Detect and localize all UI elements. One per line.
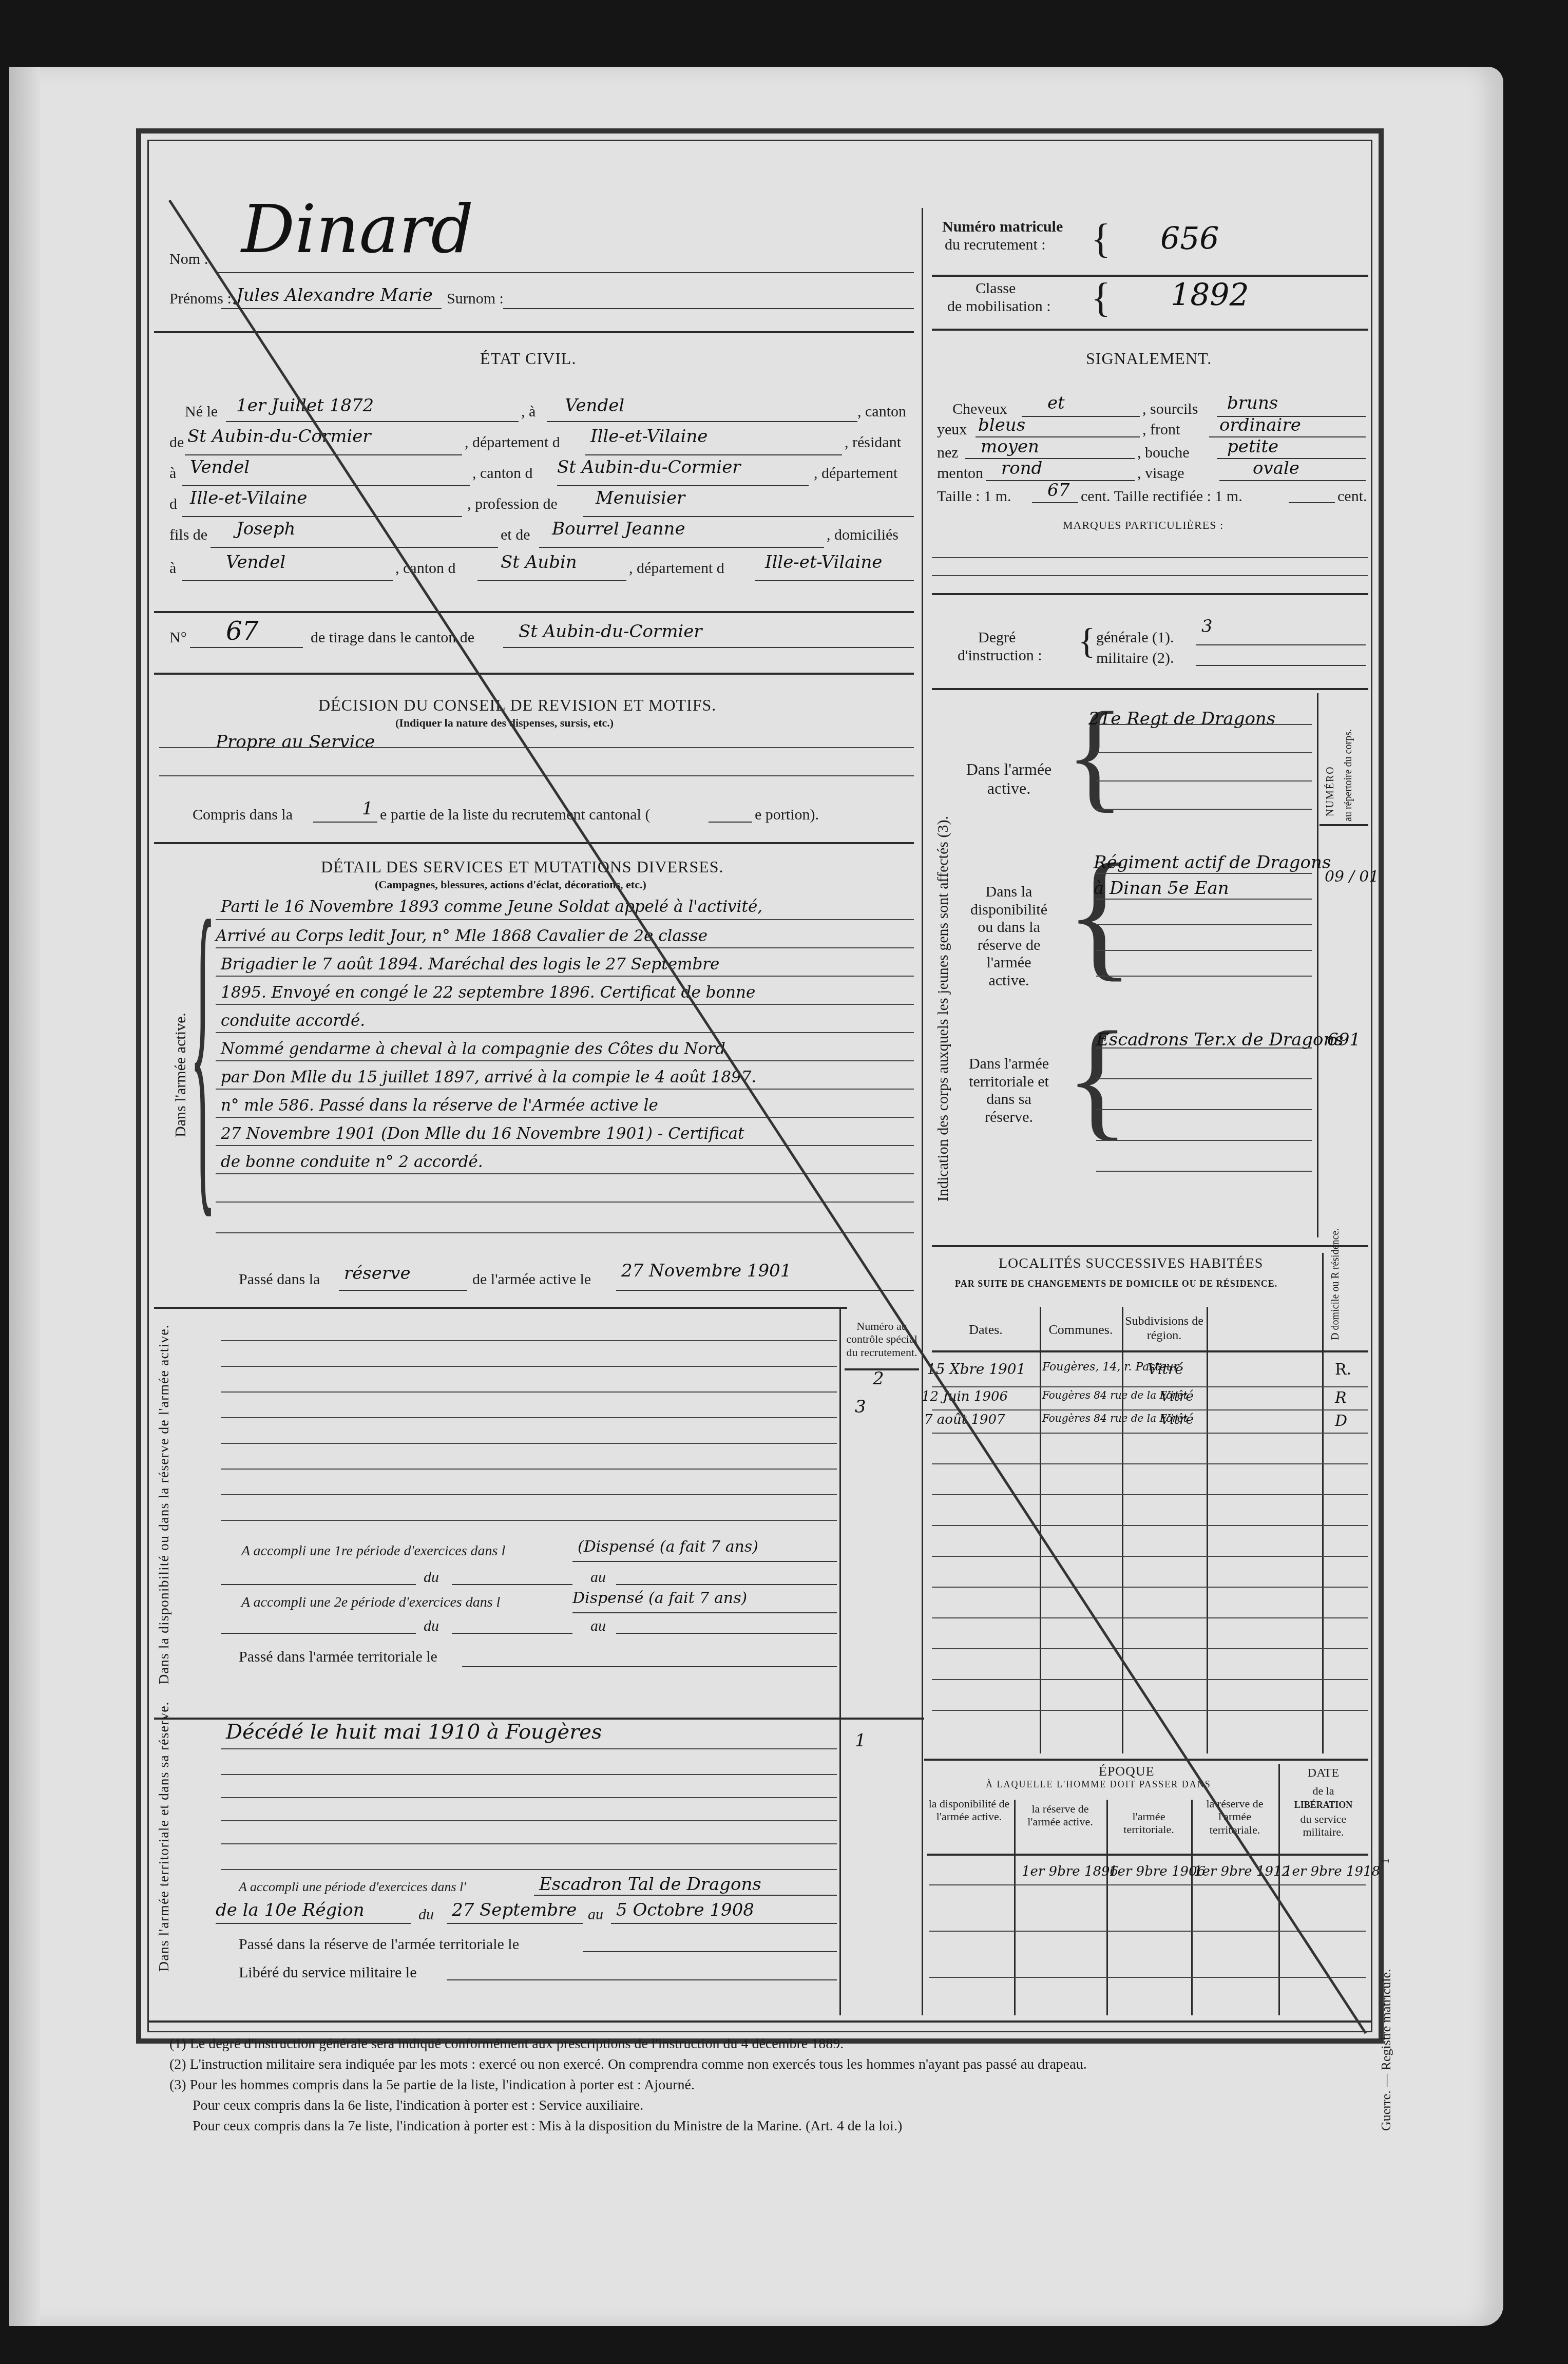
epoque-col-territoriale: l'armée territoriale. (1109, 1810, 1189, 1836)
canton2-label: , canton d (472, 465, 532, 482)
territoriale-au-date: 5 Octobre 1908 (616, 1900, 754, 1920)
service-line: n° mle 586. Passé dans la réserve de l'A… (221, 1096, 658, 1115)
ruled-line (1096, 809, 1312, 810)
field-line (557, 485, 809, 486)
territoriale-passe-label: Passé dans l'armée territoriale le (239, 1648, 437, 1666)
nom-field-line (216, 272, 914, 273)
residant-a-label: à (169, 465, 176, 482)
au-label: au (588, 1906, 603, 1923)
surnom-field-line (503, 308, 914, 309)
brace-icon: { (1091, 216, 1111, 262)
canton-parents: St Aubin (501, 552, 577, 573)
epoque-reserve-territoriale-value: 1er 9bre 1912 (1194, 1864, 1290, 1879)
ruled-line (932, 1494, 1368, 1495)
localite-date: 12 Juin 1906 (922, 1389, 1008, 1404)
localite-dr: D (1335, 1412, 1347, 1430)
de-label: de (169, 434, 184, 451)
field-line (583, 1951, 837, 1952)
service-line: 1895. Envoyé en congé le 22 septembre 18… (221, 983, 755, 1002)
localite-subdivision: Vitré (1148, 1361, 1183, 1378)
ruled-line (1096, 1078, 1312, 1079)
instruction-generale: 3 (1201, 616, 1213, 637)
domicile-a-label: à (169, 560, 176, 577)
localite-dr: R. (1335, 1361, 1351, 1379)
ruled-line (221, 1417, 837, 1418)
departement-naissance: Ille-et-Vilaine (590, 426, 707, 447)
nez-label: nez (937, 444, 959, 462)
footnote-2: (2) L'instruction militaire sera indiqué… (169, 2056, 1087, 2073)
liberation-header-1: DATE (1281, 1766, 1366, 1781)
service-line: 27 Novembre 1901 (Don Mlle du 16 Novembr… (221, 1124, 744, 1143)
field-line (447, 1923, 583, 1924)
localites-col-dr: D domicile ou R résidence. (1330, 1228, 1342, 1340)
ruled-line (1096, 752, 1312, 753)
field-line (447, 1979, 837, 1980)
sourcils-value: bruns (1227, 393, 1278, 413)
field-line (572, 1561, 837, 1562)
service-line: Nommé gendarme à cheval à la compagnie d… (221, 1040, 725, 1058)
corps-side-label: Indication des corps auxquels les jeunes… (934, 816, 952, 1202)
field-line (182, 485, 470, 486)
epoque-col-reserve-active: la réserve de l'armée active. (1017, 1802, 1104, 1828)
ruled-line (159, 775, 914, 776)
cheveux-value: et (1047, 393, 1065, 413)
matricule-value: 656 (1160, 221, 1219, 257)
deces-note: Décédé le huit mai 1910 à Fougères (226, 1720, 602, 1744)
ruled-line (932, 1710, 1368, 1711)
tirage-label: de tirage dans le canton de (311, 629, 474, 646)
field-line (339, 1290, 467, 1291)
ruled-line (932, 1525, 1368, 1526)
numero-header-1: NUMÉRO (1325, 766, 1336, 816)
divider (932, 593, 1368, 595)
prenoms-label: Prénoms : (169, 290, 232, 308)
divider (932, 688, 1368, 690)
services-subtitle: (Campagnes, blessures, actions d'éclat, … (375, 878, 646, 891)
disponibilite-side-label: Dans la disponibilité ou dans la réserve… (154, 1320, 174, 1689)
date-naissance: 1er Juillet 1872 (236, 395, 374, 416)
field-line (1219, 480, 1366, 481)
service-line: Brigadier le 7 août 1894. Maréchal des l… (221, 955, 719, 974)
ruled-line (932, 575, 1368, 576)
divider (932, 1350, 1368, 1352)
passe-reserve-label-1: Passé dans la (239, 1271, 320, 1288)
sourcils-label: , sourcils (1142, 401, 1198, 418)
residence: Vendel (190, 457, 250, 478)
ruled-line (1096, 950, 1312, 951)
epoque-reserve-active-value: 1er 9bre 1896 (1022, 1864, 1118, 1879)
du-label: du (424, 1569, 439, 1586)
du-label: du (418, 1906, 434, 1923)
services-side-label: Dans l'armée active. (172, 1013, 189, 1137)
corps-active-entry: 21e Regt de Dragons (1088, 709, 1275, 729)
departement2-label: , département (814, 465, 897, 482)
localites-col-dates: Dates. (934, 1322, 1037, 1338)
controle-value-1: 2 (873, 1368, 884, 1389)
ruled-line (1096, 899, 1312, 900)
territoriale-periode-corps: Escadron Tal de Dragons (539, 1874, 761, 1895)
ruled-line (932, 1409, 1368, 1410)
canton-naissance: St Aubin-du-Cormier (187, 426, 371, 447)
lieu-naissance: Vendel (565, 395, 624, 416)
domicile-parents: Vendel (226, 552, 285, 573)
column-divider (1040, 1307, 1041, 1753)
periode2-label: A accompli une 2e période d'exercices da… (241, 1594, 500, 1611)
column-divider (922, 208, 923, 1240)
liberation-header-2: de la (1281, 1784, 1366, 1797)
field-line (1032, 502, 1078, 503)
canton-residence: St Aubin-du-Cormier (557, 457, 741, 478)
profession: Menuisier (596, 488, 685, 508)
field-line (611, 1923, 837, 1924)
ruled-line (932, 1617, 1368, 1618)
epoque-col-disponibilite: la disponibilité de l'armée active. (927, 1797, 1011, 1823)
yeux-value: bleus (978, 415, 1025, 435)
field-line (452, 1633, 572, 1634)
ruled-line (221, 1391, 837, 1393)
field-line (211, 547, 498, 548)
ruled-line (221, 1820, 837, 1821)
field-line (585, 454, 842, 455)
ruled-line (221, 1797, 837, 1798)
degre-label-2: d'instruction : (958, 647, 1042, 664)
field-line (190, 647, 303, 648)
localite-date: 15 Xbre 1901 (927, 1361, 1026, 1378)
ruled-line (216, 1145, 914, 1146)
column-divider (922, 1240, 923, 2015)
classe-label-1: Classe (976, 280, 1016, 297)
periode2-value: Dispensé (a fait 7 ans) (572, 1589, 747, 1607)
ruled-line (221, 1494, 837, 1495)
ruled-line (932, 1463, 1368, 1464)
ruled-line (932, 1679, 1368, 1680)
ruled-line (1096, 873, 1312, 874)
ruled-line (221, 1869, 837, 1870)
mere: Bourrel Jeanne (552, 519, 685, 539)
ruled-line (932, 1386, 1368, 1387)
du-label: du (424, 1617, 439, 1635)
field-line (477, 580, 626, 581)
degre-label-1: Degré (978, 629, 1016, 646)
footnote-4: Pour ceux compris dans la 6e liste, l'in… (193, 2098, 643, 2114)
divider (154, 673, 914, 675)
residant-label: , résidant (845, 434, 901, 451)
liberation-header-3: LIBÉRATION (1281, 1800, 1366, 1810)
periode1-label: A accompli une 1re période d'exercices d… (241, 1543, 505, 1559)
profession-label: , profession de (467, 495, 558, 513)
brace-icon: { (1091, 275, 1111, 321)
d-label: d (169, 495, 177, 513)
service-line: conduite accordé. (221, 1012, 365, 1030)
matricule-label-1: Numéro matricule (942, 218, 1063, 236)
corps-territoriale-label: Dans l'armée territoriale et dans sa rés… (965, 1055, 1053, 1126)
divider (154, 611, 914, 613)
ruled-line (1096, 1047, 1312, 1048)
canton3-label: , canton d (395, 560, 455, 577)
militaire-label: militaire (2). (1096, 650, 1174, 667)
conseil-subtitle: (Indiquer la nature des dispenses, sursi… (395, 716, 614, 730)
field-line (221, 1584, 416, 1585)
field-line (755, 580, 914, 581)
nom-value: Dinard (241, 190, 473, 268)
column-divider (839, 1307, 841, 2015)
numero-header-2: au répertoire du corps. (1343, 729, 1354, 822)
departement3-label: , département d (629, 560, 724, 577)
field-line (1289, 502, 1335, 503)
service-line: Parti le 16 Novembre 1893 comme Jeune So… (221, 898, 762, 916)
field-line (539, 547, 824, 548)
liberation-header-4: du service militaire. (1281, 1813, 1366, 1839)
epoque-col-reserve-territoriale: la réserve de l'armée territoriale. (1194, 1797, 1276, 1836)
ruled-line (216, 1060, 914, 1061)
controle-header: Numéro au contrôle spécial du recrutemen… (845, 1320, 919, 1359)
bouche-value: petite (1227, 436, 1278, 457)
fils-de-label: fils de (169, 526, 207, 544)
generale-label: générale (1). (1096, 629, 1174, 646)
compris-partie: 1 (362, 798, 373, 819)
ruled-line (1096, 724, 1312, 725)
ruled-line (221, 1843, 837, 1844)
margin-page-number: 1 (1379, 1858, 1392, 1864)
ruled-line (216, 919, 914, 920)
departement-residence: Ille-et-Vilaine (190, 488, 307, 508)
divider (154, 842, 914, 844)
tirage-numero: 67 (226, 616, 259, 646)
brace-icon: { (1078, 621, 1096, 662)
passe-reserve-value: réserve (344, 1263, 411, 1284)
corps-territoriale-numero: 691 (1327, 1030, 1361, 1050)
epoque-territoriale-value: 1er 9bre 1906 (1109, 1864, 1206, 1879)
conseil-decision: Propre au Service (216, 732, 375, 752)
ruled-line (929, 1977, 1366, 1978)
column-divider (1317, 693, 1318, 1237)
etat-civil-title: ÉTAT CIVIL. (480, 349, 576, 368)
column-divider (1207, 1307, 1208, 1753)
classe-label-2: de mobilisation : (947, 298, 1051, 315)
divider (924, 1759, 1368, 1761)
a-label: , à (521, 403, 536, 421)
cent-label: cent. (1337, 488, 1367, 505)
localites-subtitle: PAR SUITE DE CHANGEMENTS DE DOMICILE OU … (955, 1279, 1277, 1289)
domicilies-label: , domiciliés (827, 526, 898, 544)
ruled-line (1096, 924, 1312, 925)
canton-label: , canton (857, 403, 906, 421)
taille-label: Taille : 1 m. (937, 488, 1011, 505)
taille-value: 67 (1047, 480, 1069, 501)
ruled-line (1096, 1140, 1312, 1141)
epoque-title: ÉPOQUE (1099, 1764, 1155, 1779)
field-line (185, 454, 462, 455)
ruled-line (1096, 976, 1312, 977)
nom-label: Nom : (169, 251, 208, 268)
field-line (534, 1895, 837, 1896)
field-line (182, 580, 393, 581)
column-divider (1014, 1800, 1016, 2015)
field-line (616, 1584, 837, 1585)
ruled-line (216, 1202, 914, 1203)
field-line (313, 822, 377, 823)
column-divider (1122, 1307, 1123, 1753)
nez-value: moyen (981, 436, 1039, 457)
localite-subdivision: Vitré (1160, 1412, 1194, 1427)
controle-value-2: 3 (855, 1397, 866, 1417)
matricule-label-2: du recrutement : (945, 236, 1046, 254)
field-line (503, 647, 914, 648)
localites-col-subdivisions: Subdivisions de région. (1124, 1314, 1204, 1343)
divider (1320, 824, 1368, 826)
signalement-title: SIGNALEMENT. (1086, 349, 1212, 368)
territoriale-du-date: 27 Septembre (452, 1900, 577, 1920)
ruled-line (932, 557, 1368, 558)
field-line (709, 822, 752, 823)
corps-active-label: Dans l'armée active. (965, 760, 1053, 798)
footnote-5: Pour ceux compris dans la 7e liste, l'in… (193, 2118, 902, 2134)
field-line (216, 1923, 411, 1924)
ruled-line (221, 1366, 837, 1367)
compris-label-1: Compris dans la (193, 806, 293, 824)
margin-note: Guerre. — Registre matricule. (1379, 1969, 1394, 2131)
passe-reserve-label-2: de l'armée active le (472, 1271, 591, 1288)
ruled-line (221, 1340, 837, 1341)
field-line (616, 1290, 914, 1291)
footnote-1: (1) Le degré d'instruction générale sera… (169, 2036, 844, 2052)
corps-disponibilite-label: Dans la disponibilité ou dans la réserve… (965, 883, 1053, 989)
controle-value-3: 1 (855, 1730, 866, 1751)
au-label: au (590, 1569, 606, 1586)
tirage-no-label: N° (169, 629, 187, 646)
classe-value: 1892 (1171, 277, 1249, 313)
ruled-line (216, 976, 914, 977)
divider (149, 2020, 1371, 2023)
localite-dr: R (1335, 1389, 1347, 1407)
bouche-label: , bouche (1137, 444, 1190, 462)
column-divider (1322, 1253, 1324, 1753)
ne-le-label: Né le (185, 403, 218, 421)
territoriale-periode-region: de la 10e Région (216, 1900, 365, 1920)
ruled-line (932, 1648, 1368, 1649)
ruled-line (216, 947, 914, 948)
divider (154, 1718, 924, 1720)
service-line: de bonne conduite n° 2 accordé. (221, 1153, 483, 1171)
services-title: DÉTAIL DES SERVICES ET MUTATIONS DIVERSE… (321, 857, 724, 876)
field-line (616, 1633, 837, 1634)
column-divider (1191, 1800, 1193, 2015)
corps-territoriale-entry: Escadrons Ter.x de Dragons (1096, 1030, 1344, 1050)
field-line (583, 516, 914, 517)
ruled-line (221, 1469, 837, 1470)
reserve-territoriale-label: Passé dans la réserve de l'armée territo… (239, 1936, 519, 1953)
divider (154, 331, 914, 333)
epoque-subtitle: À LAQUELLE L'HOMME DOIT PASSER DANS (986, 1779, 1211, 1790)
field-line (462, 1666, 837, 1667)
divider (932, 329, 1368, 331)
visage-label: , visage (1137, 465, 1184, 482)
departement-parents: Ille-et-Vilaine (765, 552, 882, 573)
field-line (1196, 644, 1366, 645)
ruled-line (932, 1587, 1368, 1588)
ruled-line (216, 1004, 914, 1005)
ruled-line (1096, 1109, 1312, 1110)
au-label: au (590, 1617, 606, 1635)
corps-disponibilite-numero: 09 / 01 (1325, 868, 1379, 886)
tirage-canton: St Aubin-du-Cormier (519, 621, 702, 642)
ruled-line (221, 1774, 837, 1775)
field-line (182, 516, 462, 517)
et-de-label: et de (501, 526, 530, 544)
front-label: , front (1142, 421, 1180, 439)
field-line (452, 1584, 572, 1585)
field-line (221, 1633, 416, 1634)
menton-value: rond (1001, 458, 1042, 479)
corps-disponibilite-entry-1: Régiment actif de Dragons (1094, 852, 1331, 873)
localites-col-communes: Communes. (1042, 1322, 1119, 1338)
visage-value: ovale (1253, 458, 1299, 479)
localites-title: LOCALITÉS SUCCESSIVES HABITÉES (999, 1255, 1263, 1272)
surnom-label: Surnom : (447, 290, 504, 308)
ruled-line (216, 1032, 914, 1033)
ruled-line (216, 1173, 914, 1174)
field-line (965, 458, 1135, 459)
conseil-title: DÉCISION DU CONSEIL DE REVISION ET MOTIF… (318, 696, 716, 715)
pere: Joseph (236, 519, 295, 539)
page-gutter (9, 67, 40, 2326)
service-line: Arrivé au Corps ledit Jour, n° Mle 1868 … (216, 927, 707, 945)
territoriale-side-label: Dans l'armée territoriale et dans sa rés… (154, 1725, 174, 1972)
divider (932, 1245, 1368, 1247)
front-value: ordinaire (1219, 415, 1301, 435)
field-line (1196, 665, 1366, 666)
field-line (1022, 416, 1140, 417)
corps-disponibilite-entry-2: à Dinan 5e Ean (1094, 878, 1229, 899)
localite-subdivision: Vitré (1160, 1389, 1194, 1404)
menton-label: menton (937, 465, 983, 482)
footnote-3: (3) Pour les hommes compris dans la 5e p… (169, 2077, 695, 2093)
field-line (572, 1612, 837, 1613)
divider (154, 1307, 847, 1309)
liberation-value: 1er 9bre 1918 (1284, 1864, 1380, 1879)
passe-reserve-date: 27 Novembre 1901 (621, 1261, 791, 1281)
compris-label-3: e portion). (755, 806, 819, 824)
ruled-line (221, 1748, 837, 1749)
prenoms-field-line (221, 308, 442, 309)
libere-label: Libéré du service militaire le (239, 1964, 417, 1981)
marques-title: MARQUES PARTICULIÈRES : (1063, 519, 1223, 532)
taille-rectifiee-label: cent. Taille rectifiée : 1 m. (1081, 488, 1242, 505)
ruled-line (932, 1556, 1368, 1557)
column-divider (1106, 1800, 1108, 2015)
territoriale-periode-label: A accompli une période d'exercices dans … (239, 1879, 466, 1895)
ruled-line (929, 1884, 1366, 1885)
ruled-line (221, 1443, 837, 1444)
ruled-line (216, 1232, 914, 1233)
ruled-line (216, 1117, 914, 1118)
ruled-line (929, 1931, 1366, 1932)
service-line: par Don Mlle du 15 juillet 1897, arrivé … (221, 1068, 756, 1086)
ruled-line (159, 747, 914, 748)
ruled-line (216, 1089, 914, 1090)
ruled-line (1096, 780, 1312, 781)
yeux-label: yeux (937, 421, 967, 439)
ruled-line (932, 1433, 1368, 1434)
field-line (547, 421, 857, 422)
divider (927, 1854, 1368, 1856)
ruled-line (221, 1520, 837, 1521)
compris-label-2: e partie de la liste du recrutement cant… (380, 806, 650, 824)
field-line (226, 421, 519, 422)
departement-label: , département d (465, 434, 560, 451)
ruled-line (1096, 1171, 1312, 1172)
periode1-value: (Dispensé (a fait 7 ans) (578, 1538, 758, 1556)
